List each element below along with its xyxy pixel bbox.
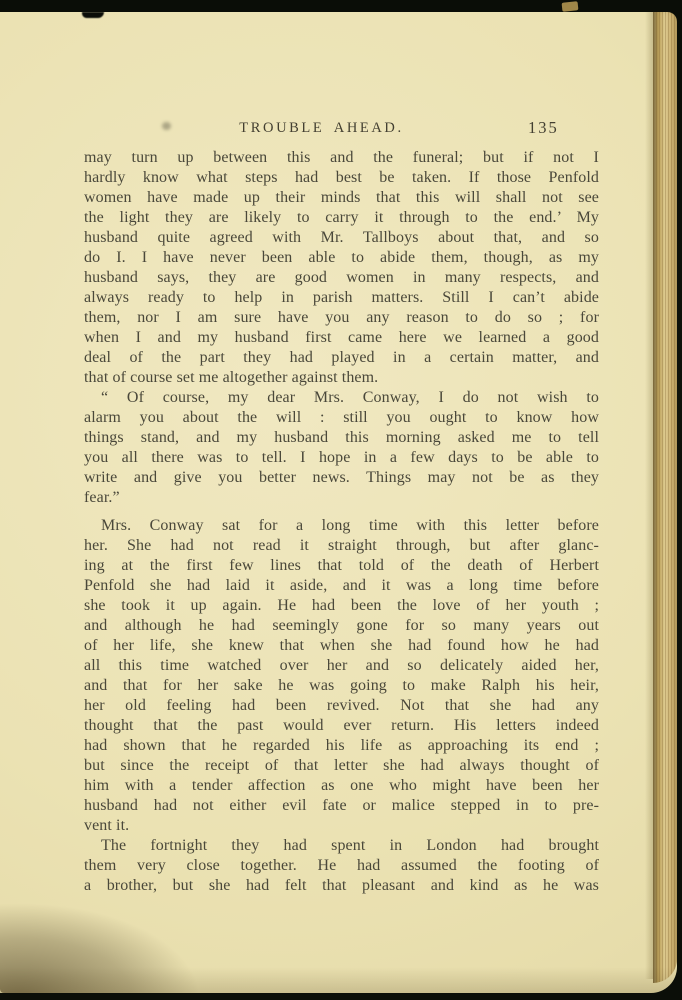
text-line: husband quite agreed with Mr. Tallboys a… — [84, 228, 599, 248]
text-line: alarm you about the will : still you oug… — [84, 408, 599, 428]
text-line: you all there was to tell. I hope in a f… — [84, 448, 599, 468]
text-line: him with a tender affection as one who m… — [84, 776, 599, 796]
text-line: husband says, they are good women in man… — [84, 268, 599, 288]
text-line: when I and my husband first came here we… — [84, 328, 599, 348]
text-line: she took it up again. He had been the lo… — [84, 596, 599, 616]
text-line: the light they are likely to carry it th… — [84, 208, 599, 228]
text-line: thought that the past would ever return.… — [84, 716, 599, 736]
text-line: her old feeling had been revived. Not th… — [84, 696, 599, 716]
text-line: vent it. — [84, 816, 599, 836]
text-line: do I. I have never been able to abide th… — [84, 248, 599, 268]
book-page: TROUBLE AHEAD. 135 may turn up between t… — [0, 12, 677, 993]
text-line: ing at the first few lines that told of … — [84, 556, 599, 576]
text-line: and that for her sake he was going to ma… — [84, 676, 599, 696]
text-line: them very close together. He had assumed… — [84, 856, 599, 876]
text-line: women have made up their minds that this… — [84, 188, 599, 208]
text-line: hardly know what steps had best be taken… — [84, 168, 599, 188]
text-line: and although he had seemingly gone for s… — [84, 616, 599, 636]
text-line: them, nor I am sure have you any reason … — [84, 308, 599, 328]
text-line: of her life, she knew that when she had … — [84, 636, 599, 656]
text-line: things stand, and my husband this mornin… — [84, 428, 599, 448]
text-line: may turn up between this and the funeral… — [84, 148, 599, 168]
text-line: Penfold she had laid it aside, and it wa… — [84, 576, 599, 596]
text-line: Mrs. Conway sat for a long time with thi… — [84, 516, 599, 536]
text-line: had shown that he regarded his life as a… — [84, 736, 599, 756]
scanned-book-photo: TROUBLE AHEAD. 135 may turn up between t… — [0, 0, 682, 1000]
body-text: may turn up between this and the funeral… — [84, 148, 599, 896]
text-line: The fortnight they had spent in London h… — [84, 836, 599, 856]
text-line: but since the receipt of that letter she… — [84, 756, 599, 776]
paper-edge-speck — [562, 1, 579, 12]
top-edge-notch — [82, 12, 104, 18]
text-line: a brother, but she had felt that pleasan… — [84, 876, 599, 896]
text-line: deal of the part they had played in a ce… — [84, 348, 599, 368]
text-line: all this time watched over her and so de… — [84, 656, 599, 676]
page-number: 135 — [528, 118, 559, 138]
text-line: write and give you better news. Things m… — [84, 468, 599, 488]
text-line: her. She had not read it straight throug… — [84, 536, 599, 556]
text-line: fear.” — [84, 488, 599, 508]
book-page-edges — [653, 12, 677, 983]
text-line: husband had not either evil fate or mali… — [84, 796, 599, 816]
text-line: “ Of course, my dear Mrs. Conway, I do n… — [84, 388, 599, 408]
text-line: that of course set me altogether against… — [84, 368, 599, 388]
text-line: always ready to help in parish matters. … — [84, 288, 599, 308]
